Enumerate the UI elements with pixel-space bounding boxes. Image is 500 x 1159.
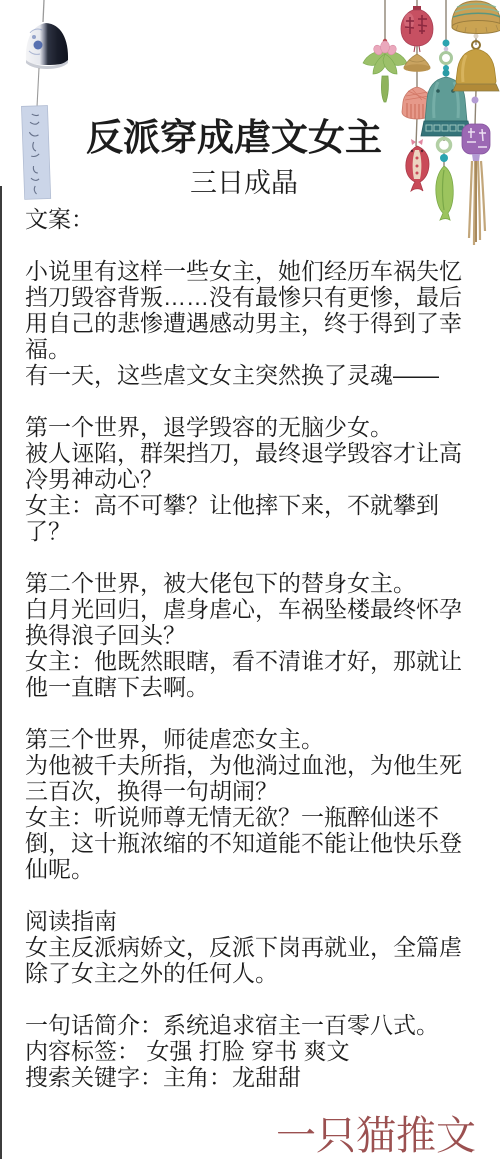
text-line: 为他被千夫所指，为他淌过血池，为他生死: [25, 752, 487, 778]
text-line: 他一直瞎下去啊。: [25, 674, 487, 700]
text-line: 女主：听说师尊无情无欲？一瓶醉仙迷不: [25, 804, 487, 830]
small-hat-charm: [404, 54, 431, 72]
text-line: 搜索关键字：主角：龙甜甜: [25, 1064, 487, 1090]
lotus-charm: [363, 39, 407, 102]
text-line: 第三个世界，师徒虐恋女主。: [25, 726, 487, 752]
text-line: 福。: [25, 336, 487, 362]
text-line: 女主：高不可攀？让他摔下来，不就攀到: [25, 492, 487, 518]
novel-title: 反派穿成虐文女主: [0, 107, 468, 161]
text-line: 被人诬陷，群架挡刀，最终退学毁容才让高: [25, 440, 487, 466]
text-line: 除了女主之外的任何人。: [25, 960, 487, 986]
text-line: 阅读指南: [25, 908, 487, 934]
text-line: 第二个世界，被大佬包下的替身女主。: [25, 570, 487, 596]
text-line: 女主反派病娇文，反派下岗再就业，全篇虐: [25, 934, 487, 960]
watermark-text: 一只猫推文: [276, 1104, 476, 1159]
left-edge-line: [0, 186, 2, 1159]
synopsis-text: 文案： 小说里有这样一些女主，她们经历车祸失忆挡刀毁容背叛……没有最惨只有更惨，…: [25, 206, 487, 1090]
text-line: 三百次，换得一句胡闹？: [25, 778, 487, 804]
text-line: 内容标签： 女强 打脸 穿书 爽文: [25, 1038, 487, 1064]
text-line: 有一天，这些虐文女主突然换了灵魂——: [25, 362, 487, 388]
text-line: 一句话简介：系统追求宿主一百零八式。: [25, 1012, 487, 1038]
text-line: [25, 700, 487, 726]
text-line: [25, 544, 487, 570]
text-line: [25, 232, 487, 258]
text-line: 挡刀毁容背叛……没有最惨只有更惨，最后: [25, 284, 487, 310]
text-line: [25, 388, 487, 414]
pouch-charm: [401, 6, 433, 52]
text-line: 女主：他既然眼瞎，看不清谁才好，那就让: [25, 648, 487, 674]
text-line: [25, 882, 487, 908]
text-line: 文案：: [25, 206, 487, 232]
text-line: 白月光回归，虐身虐心，车祸坠楼最终怀孕: [25, 596, 487, 622]
text-line: [25, 986, 487, 1012]
gold-bell-charm: [453, 41, 499, 91]
text-line: 了？: [25, 518, 487, 544]
straw-hat-charm: [452, 1, 500, 34]
novel-author: 三日成晶: [0, 161, 488, 200]
text-line: 用自己的悲惨遭遇感动男主，终于得到了幸: [25, 310, 487, 336]
text-line: 冷男神动心？: [25, 466, 487, 492]
text-line: 换得浪子回头？: [25, 622, 487, 648]
text-line: 小说里有这样一些女主，她们经历车祸失忆: [25, 258, 487, 284]
novel-promo-page: 反派穿成虐文女主 三日成晶 文案： 小说里有这样一些女主，她们经历车祸失忆挡刀毁…: [0, 0, 500, 1159]
text-line: 倒，这十瓶浓缩的不知道能不能让他快乐登: [25, 830, 487, 856]
text-line: 仙呢。: [25, 856, 487, 882]
text-line: 第一个世界，退学毁容的无脑少女。: [25, 414, 487, 440]
